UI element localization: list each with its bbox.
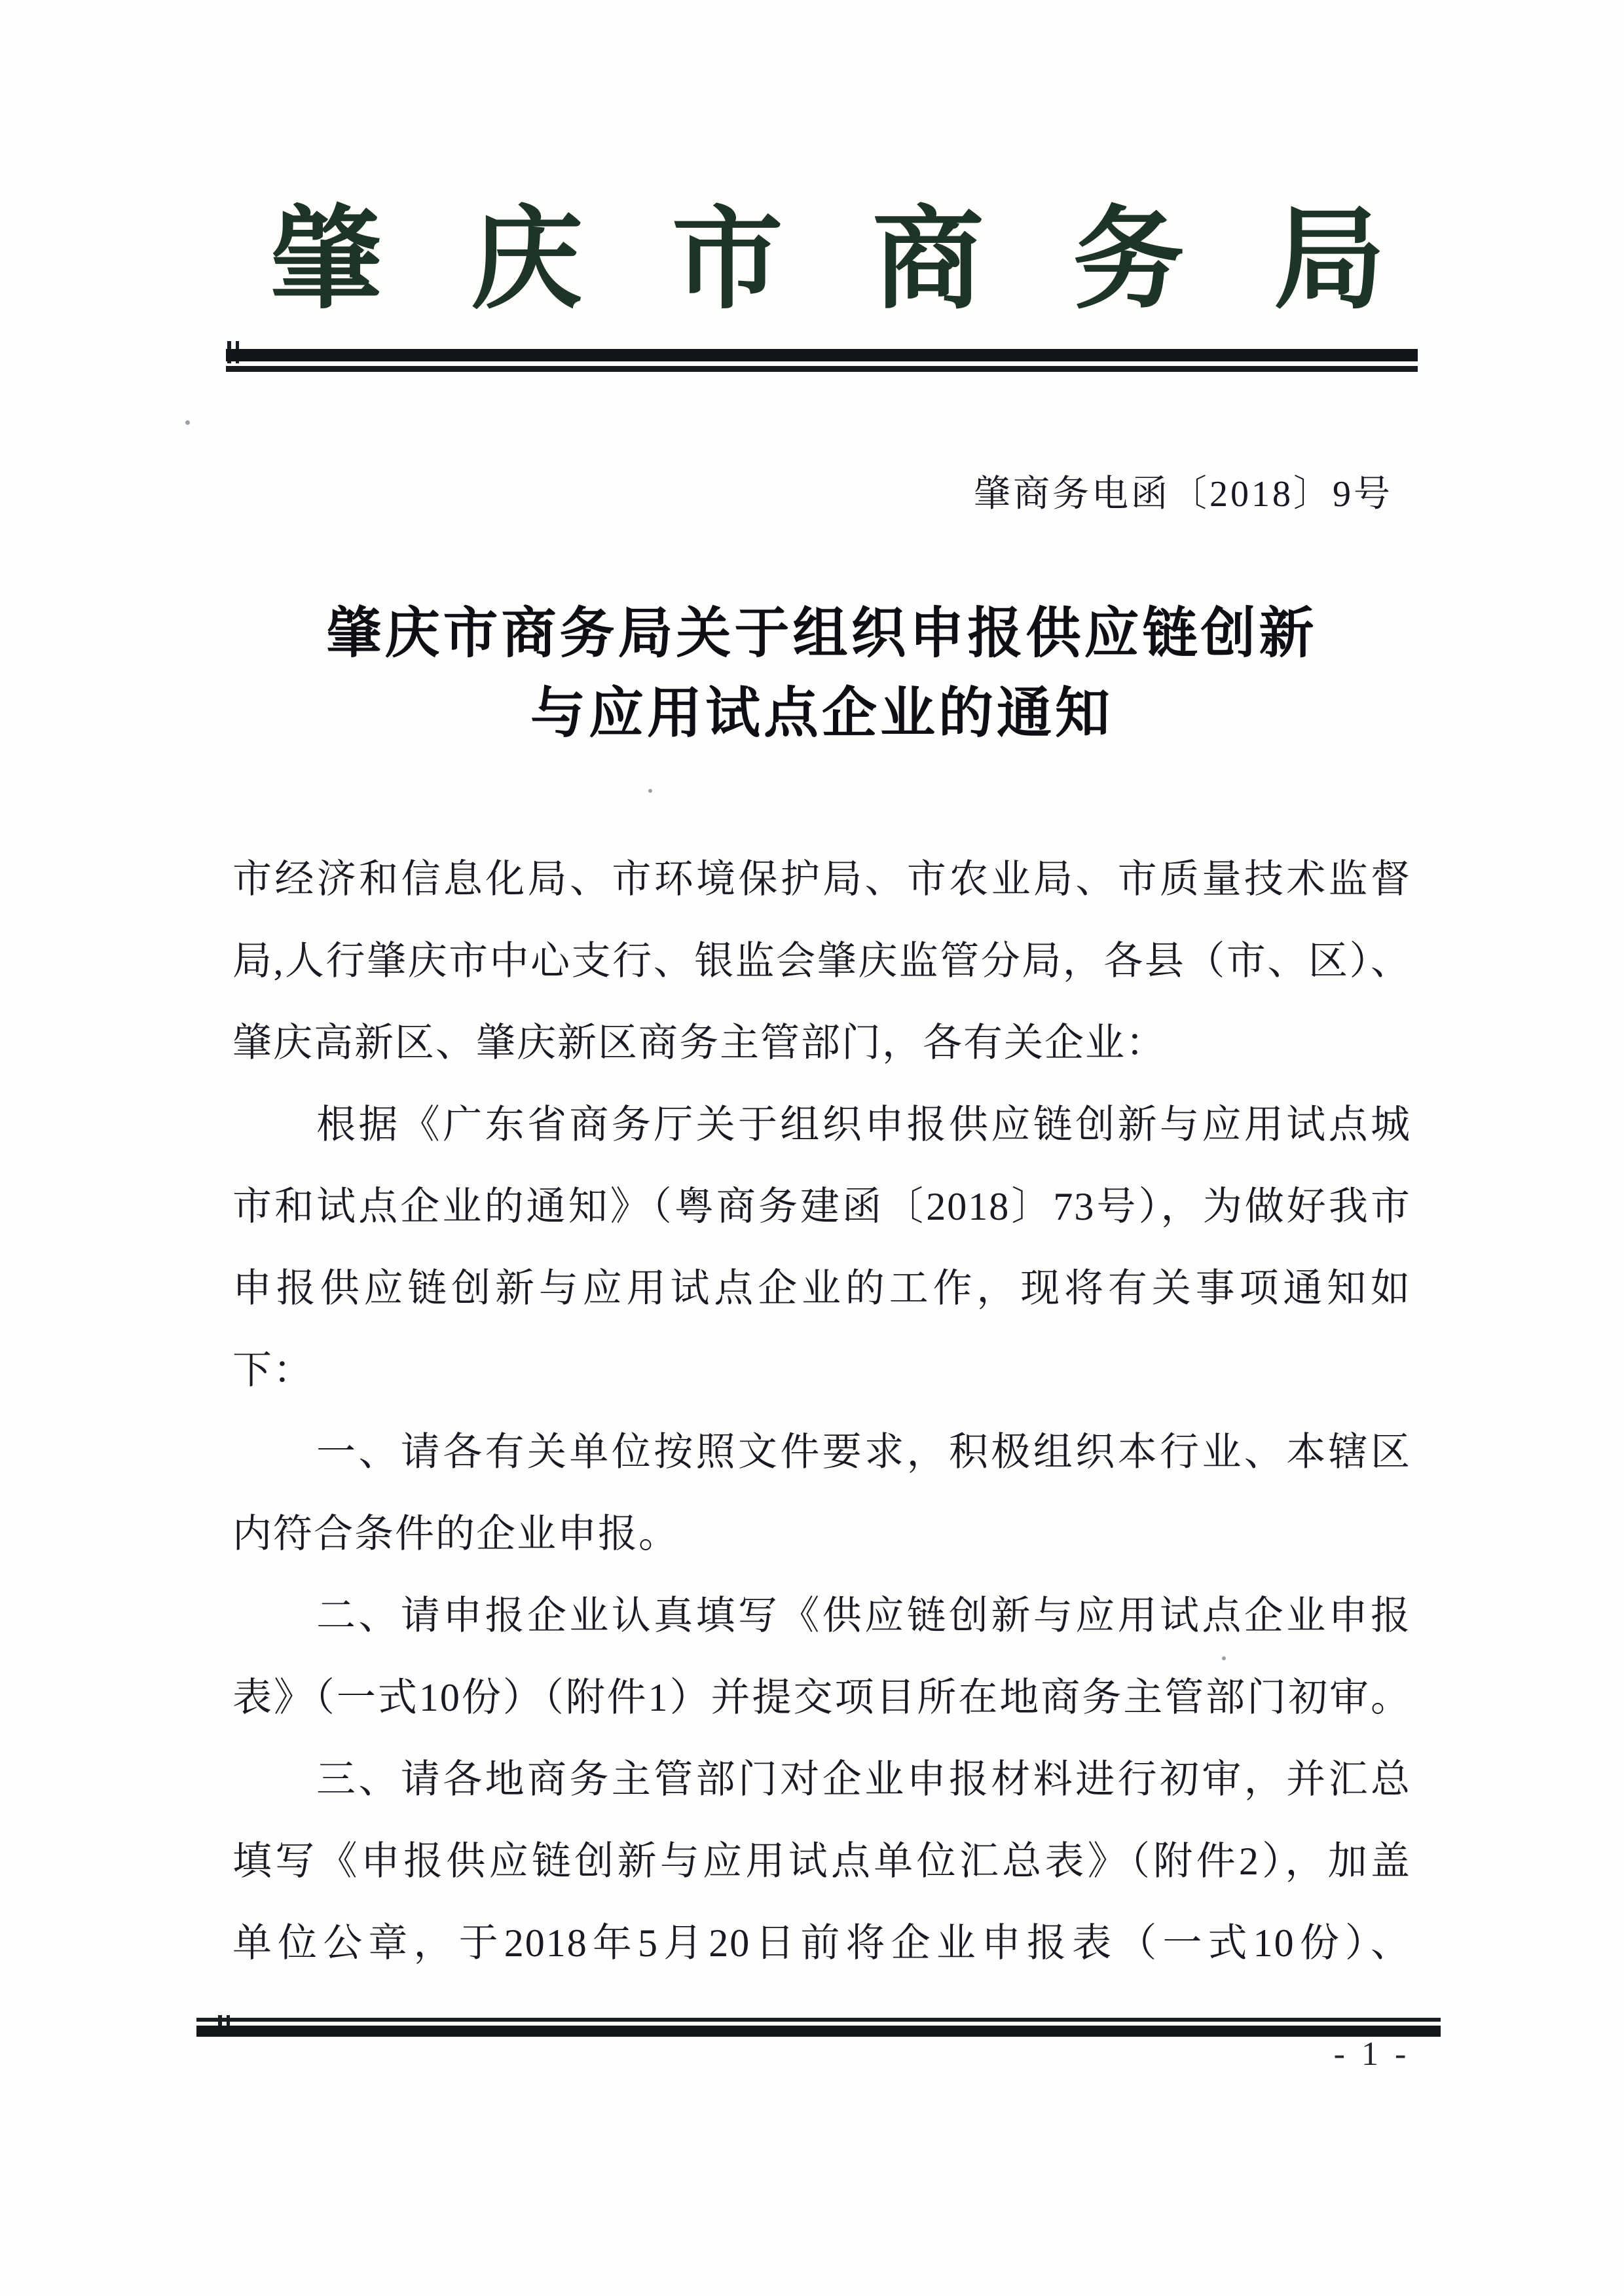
- scan-speck: [1222, 1656, 1226, 1660]
- document-number: 肇商务电函〔2018〕9号: [232, 471, 1393, 517]
- header-rule-thick: [226, 349, 1418, 361]
- body-text: 市经济和信息化局、市环境保护局、市农业局、市质量技术监督局,人行肇庆市中心支行、…: [232, 839, 1411, 1984]
- body-line: 局,人行肇庆市中心支行、银监会肇庆监管分局，各县（市、区）、: [232, 920, 1411, 1002]
- scan-speck: [185, 420, 190, 425]
- letterhead-char: 商: [872, 205, 984, 316]
- title-line-2: 与应用试点企业的通知: [223, 673, 1421, 753]
- body-line: 三、请各地商务主管部门对企业申报材料进行初审，并汇总: [232, 1739, 1411, 1821]
- document-title: 肇庆市商务局关于组织申报供应链创新 与应用试点企业的通知: [223, 593, 1421, 753]
- body-line: 单位公章，于2018年5月20日前将企业申报表（一式10份）、: [232, 1903, 1411, 1984]
- body-line: 申报供应链创新与应用试点企业的工作，现将有关事项通知如: [232, 1248, 1411, 1330]
- letterhead-title: 肇庆市商务局: [270, 198, 1385, 323]
- letterhead-char: 局: [1274, 205, 1385, 316]
- header-rule-thin: [226, 366, 1418, 372]
- title-line-1: 肇庆市商务局关于组织申报供应链创新: [223, 593, 1421, 673]
- footer-rule-thin: [196, 2018, 1441, 2022]
- body-line: 市经济和信息化局、市环境保护局、市农业局、市质量技术监督: [232, 839, 1411, 920]
- body-line: 市和试点企业的通知》（粤商务建函〔2018〕73号），为做好我市: [232, 1166, 1411, 1248]
- page-number: - 1 -: [1293, 2035, 1450, 2074]
- body-line: 内符合条件的企业申报。: [232, 1493, 1411, 1575]
- body-line: 表》（一式10份）（附件1）并提交项目所在地商务主管部门初审。: [232, 1657, 1411, 1739]
- letterhead-char: 务: [1073, 205, 1185, 316]
- body-line: 二、请申报企业认真填写《供应链创新与应用试点企业申报: [232, 1575, 1411, 1657]
- body-line: 一、请各有关单位按照文件要求，积极组织本行业、本辖区: [232, 1412, 1411, 1493]
- body-line: 根据《广东省商务厅关于组织申报供应链创新与应用试点城: [232, 1084, 1411, 1166]
- footer-rule-thick: [196, 2026, 1441, 2037]
- document-page: 肇庆市商务局 肇商务电函〔2018〕9号 肇庆市商务局关于组织申报供应链创新 与…: [0, 0, 1624, 2296]
- letterhead-char: 庆: [471, 205, 582, 316]
- scan-speck: [648, 789, 652, 793]
- body-line: 填写《申报供应链创新与应用试点单位汇总表》（附件2），加盖: [232, 1821, 1411, 1903]
- body-line: 下：: [232, 1330, 1411, 1412]
- letterhead-char: 肇: [270, 205, 382, 316]
- body-line: 肇庆高新区、肇庆新区商务主管部门，各有关企业：: [232, 1002, 1411, 1084]
- letterhead-char: 市: [672, 205, 783, 316]
